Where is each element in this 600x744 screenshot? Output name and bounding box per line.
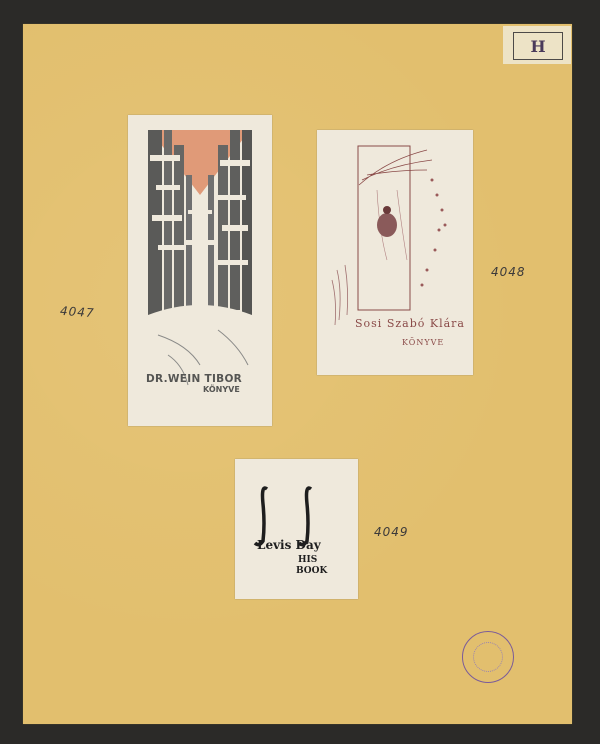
bookplate-owner-suffix: KÖNYVE <box>402 338 444 347</box>
bookplate-szabo-klara: Sosi Szabó Klára KÖNYVE <box>317 130 473 375</box>
bookplate-wein-tibor: DR.WEIN TIBOR KÖNYVE <box>128 115 272 426</box>
swing-girl-illustration <box>317 130 473 375</box>
mounting-sheet <box>23 24 572 724</box>
bookplate-owner-name: Levis Day <box>257 538 321 552</box>
catalog-number: 4047 <box>60 304 95 320</box>
bookplate-owner-suffix-2: BOOK <box>296 566 327 576</box>
catalog-number: 4049 <box>374 525 409 539</box>
bookplate-owner-suffix: KÖNYVE <box>203 385 240 394</box>
museum-seal-stamp-icon <box>462 631 514 683</box>
calligraphic-ll-monogram <box>235 459 358 599</box>
sheet-tag: H <box>503 26 571 64</box>
sheet-tag-letter: H <box>513 32 563 60</box>
seal-emblem-icon <box>473 642 503 672</box>
catalog-number: 4048 <box>491 265 526 279</box>
bookplate-owner-suffix: HIS <box>298 555 317 565</box>
bookplate-levis-day: Levis Day HIS BOOK <box>235 459 358 599</box>
bookplate-owner-name: DR.WEIN TIBOR <box>146 373 242 385</box>
bookplate-owner-name: Sosi Szabó Klára <box>355 317 465 330</box>
